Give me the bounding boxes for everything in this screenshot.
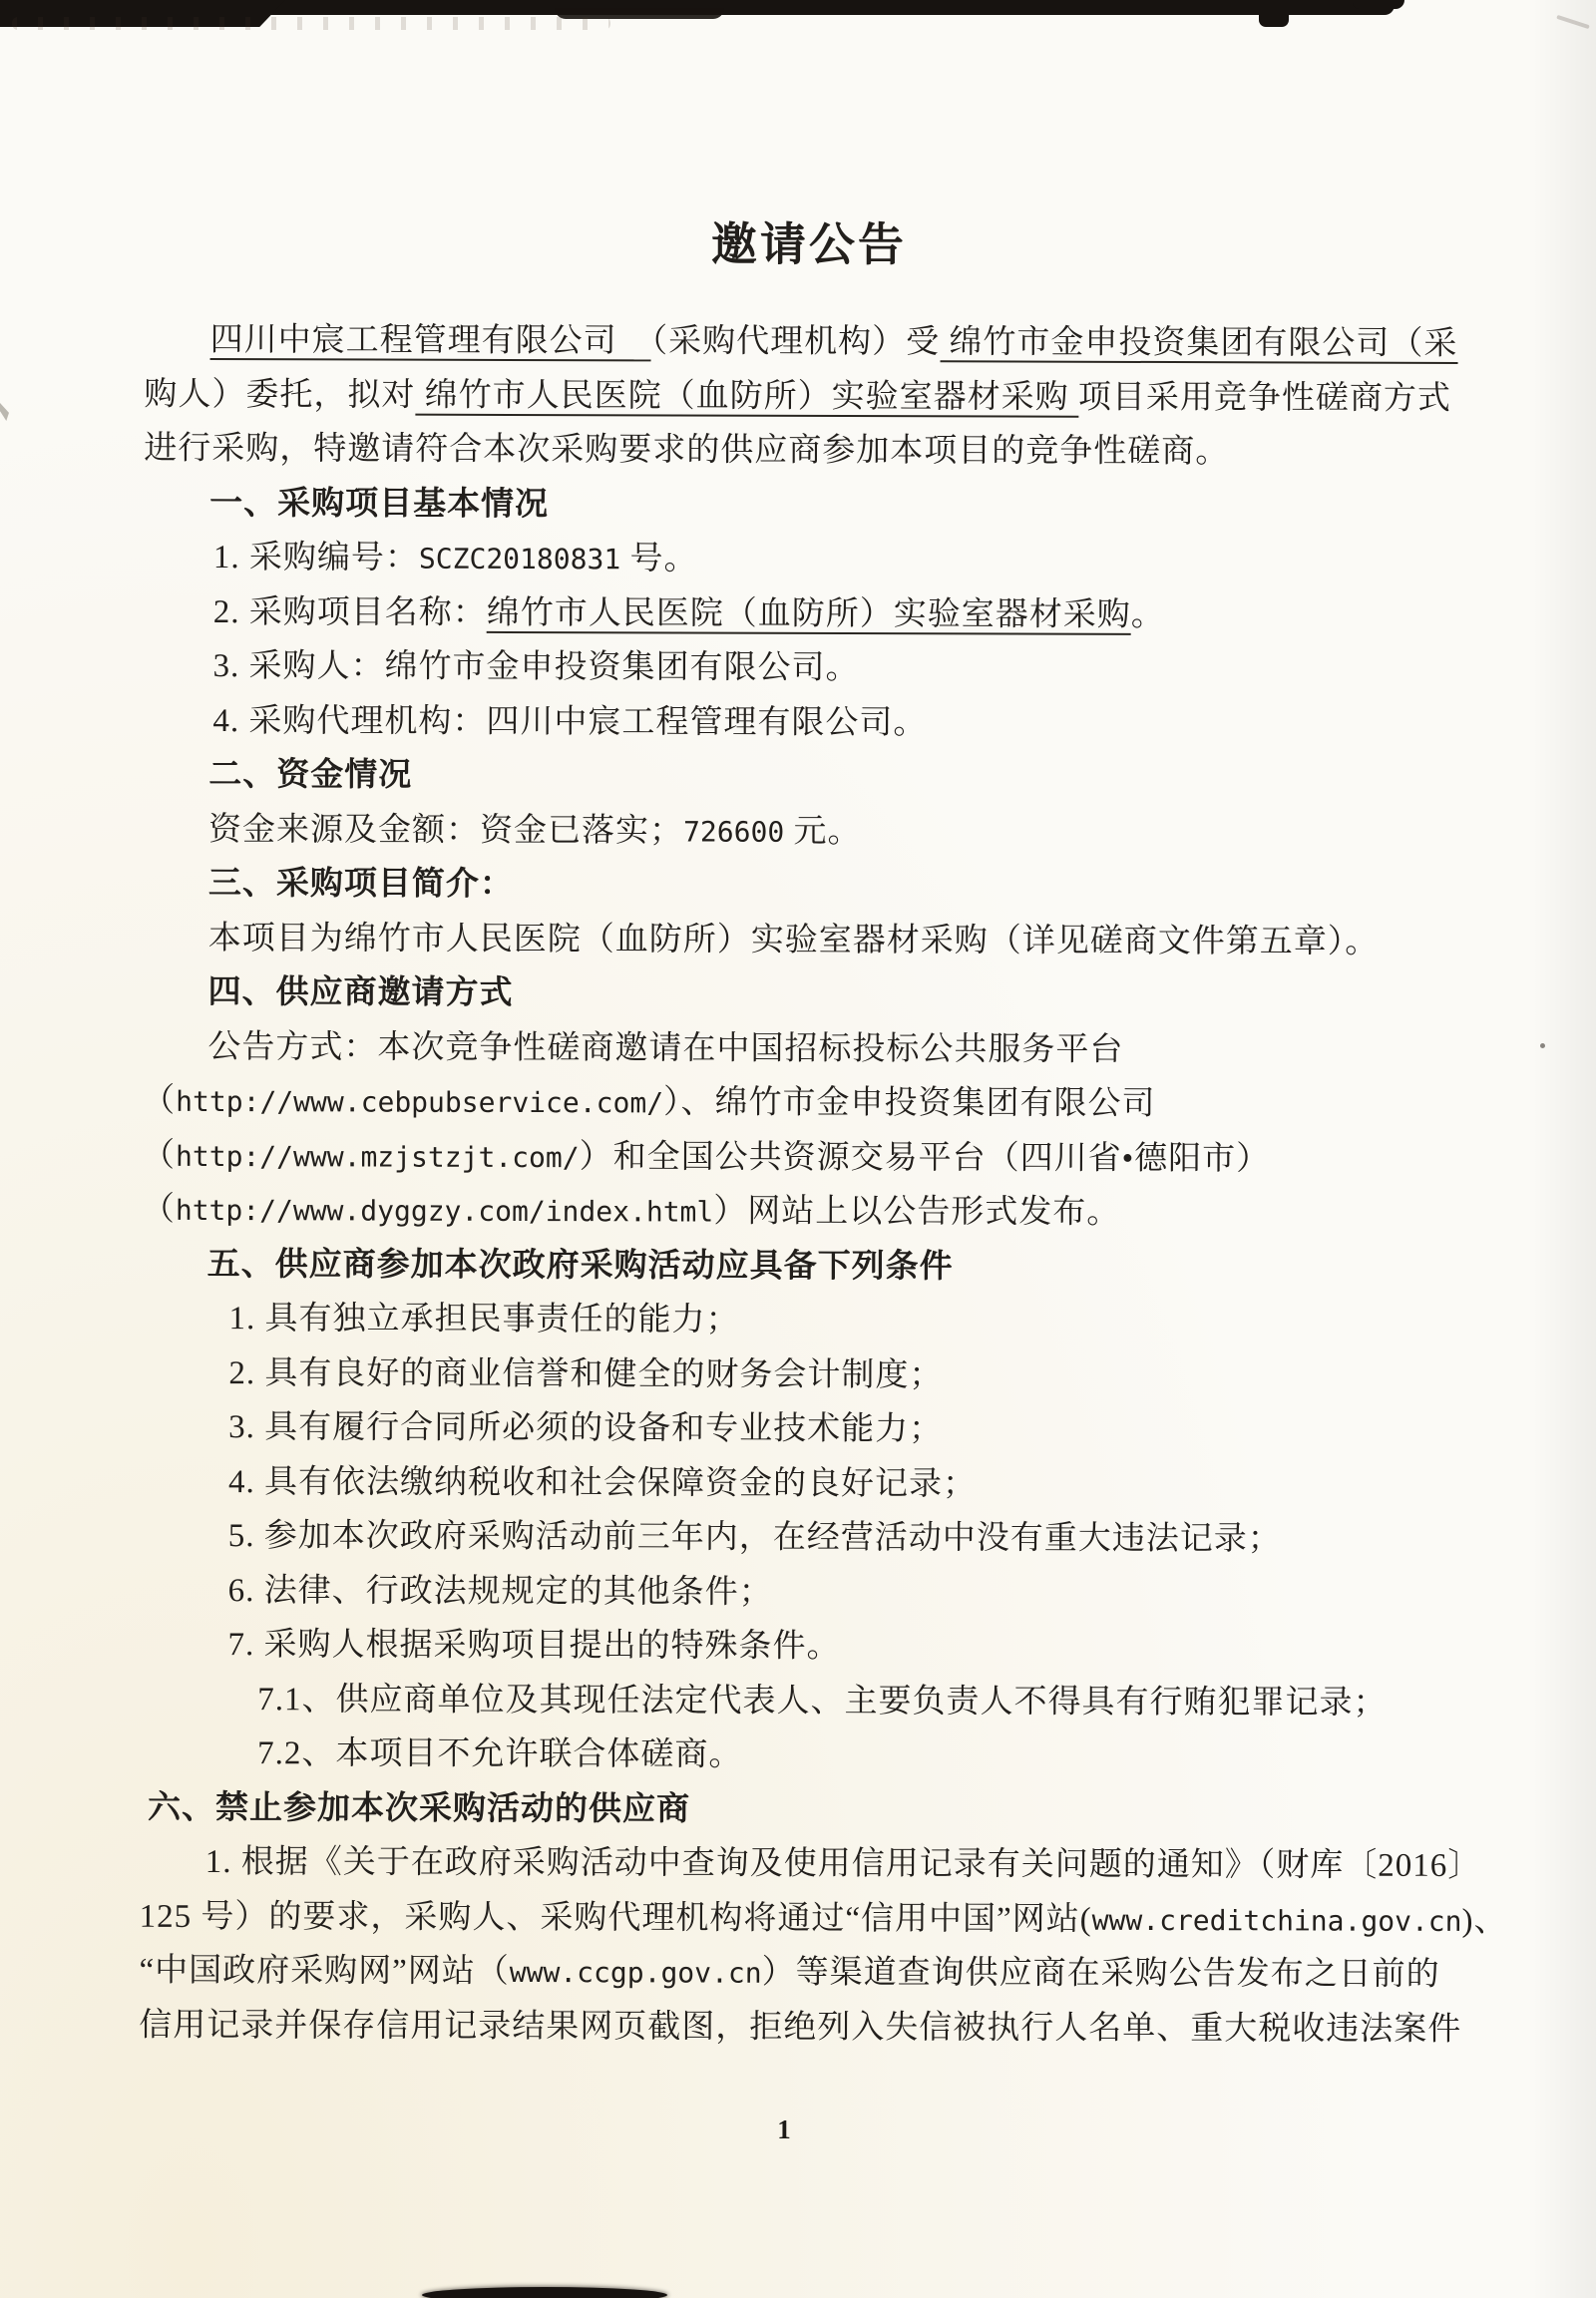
document-body: 邀请公告 四川中宸工程管理有限公司 （采购代理机构）受 绵竹市金申投资集团有限公… bbox=[139, 215, 1473, 2057]
text-segment: 3. 具有履行合同所必须的设备和专业技术能力； bbox=[228, 1409, 943, 1447]
text-segment: 号。 bbox=[620, 541, 697, 576]
text-segment: 六、禁止参加本次采购活动的供应商 bbox=[148, 1789, 690, 1827]
text-segment: 三、采购项目简介： bbox=[208, 866, 514, 903]
funding-line: 资金来源及金额：资金已落实；726600 元。 bbox=[143, 802, 1471, 861]
condition-7: 7. 采购人根据采购项目提出的特殊条件。 bbox=[140, 1618, 1468, 1677]
url-line-1: （http://www.cebpubservice.com/）、绵竹市金申投资集… bbox=[142, 1074, 1470, 1133]
text-segment: 信用记录并保存信用记录结果网页截图，拒绝列入失信被执行人名单、重大税收违法案件 bbox=[139, 2007, 1461, 2047]
text-segment: 元。 bbox=[784, 813, 861, 849]
section-5-heading: 五、供应商参加本次政府采购活动应具备下列条件 bbox=[142, 1237, 1470, 1296]
condition-1: 1. 具有独立承担民事责任的能力； bbox=[141, 1292, 1469, 1350]
item-project-name: 2. 采购项目名称：绵竹市人民医院（血防所）实验室器材采购。 bbox=[144, 584, 1472, 643]
text-segment: 4. 采购代理机构：四川中宸工程管理有限公司。 bbox=[212, 703, 927, 741]
section-2-heading: 二、资金情况 bbox=[143, 748, 1471, 807]
text-segment: 1. 采购编号： bbox=[213, 540, 419, 576]
latin-text: www.creditchina.gov.cn bbox=[1092, 1903, 1462, 1937]
text-segment: 2. 采购项目名称： bbox=[213, 594, 487, 631]
text-segment: ）网站上以公告形式发布。 bbox=[713, 1194, 1120, 1231]
item-purchaser: 3. 采购人：绵竹市金申投资集团有限公司。 bbox=[143, 639, 1471, 698]
underlined-text: 绵竹市人民医院（血防所）实验室器材采购 bbox=[487, 594, 1131, 634]
text-segment: 进行采购，特邀请符合本次采购要求的供应商参加本项目的竞争性磋商。 bbox=[144, 431, 1229, 470]
latin-text: http://www.dyggzy.com/index.html bbox=[176, 1194, 714, 1229]
credit-paragraph-line-3: “中国政府采购网”网站（www.ccgp.gov.cn）等渠道查询供应商在采购公… bbox=[139, 1944, 1467, 2003]
scan-artifact-corner-mark bbox=[1556, 15, 1590, 29]
text-segment: 五、供应商参加本次政府采购活动应具备下列条件 bbox=[207, 1247, 954, 1285]
item-procurement-number: 1. 采购编号：SCZC20180831 号。 bbox=[144, 531, 1472, 589]
text-segment: （ bbox=[142, 1083, 176, 1119]
latin-text: www.ccgp.gov.cn bbox=[510, 1956, 762, 1990]
credit-paragraph-line-4: 信用记录并保存信用记录结果网页截图，拒绝列入失信被执行人名单、重大税收违法案件 bbox=[139, 1998, 1467, 2057]
section-4-heading: 四、供应商邀请方式 bbox=[142, 965, 1470, 1024]
section-6-heading: 六、禁止参加本次采购活动的供应商 bbox=[140, 1780, 1468, 1839]
intro-line-3: 进行采购，特邀请符合本次采购要求的供应商参加本项目的竞争性磋商。 bbox=[144, 422, 1472, 481]
condition-4: 4. 具有依法缴纳税收和社会保障资金的良好记录； bbox=[141, 1454, 1469, 1513]
scan-artifact-dot bbox=[1540, 1043, 1545, 1048]
text-segment: 4. 具有依法缴纳税收和社会保障资金的良好记录； bbox=[228, 1464, 977, 1502]
text-segment: （ bbox=[142, 1137, 176, 1173]
section-3-heading: 三、采购项目简介： bbox=[143, 857, 1471, 916]
scan-artifact-top-bar-notch bbox=[1259, 0, 1289, 27]
condition-7-1: 7.1、供应商单位及其现任法定代表人、主要负责人不得具有行贿犯罪记录； bbox=[140, 1672, 1468, 1730]
condition-6: 6. 法律、行政法规规定的其他条件； bbox=[141, 1563, 1469, 1622]
text-segment: 购人）委托，拟对 bbox=[144, 376, 415, 413]
text-segment: 1. 根据《关于在政府采购活动中查询及使用信用记录有关问题的通知》（财库〔201… bbox=[205, 1844, 1482, 1884]
scan-artifact-bottom-smudge bbox=[422, 2287, 667, 2298]
url-line-2: （http://www.mzjstzjt.com/）和全国公共资源交易平台（四川… bbox=[142, 1128, 1470, 1187]
text-segment: 四、供应商邀请方式 bbox=[207, 974, 513, 1011]
intro-line-1: 四川中宸工程管理有限公司 （采购代理机构）受 绵竹市金申投资集团有限公司（采 bbox=[145, 313, 1473, 372]
underlined-text: 四川中宸工程管理有限公司 bbox=[210, 322, 651, 361]
intro-line-2: 购人）委托，拟对 绵竹市人民医院（血防所）实验室器材采购 项目采用竞争性磋商方式 bbox=[144, 367, 1472, 426]
announcement-method: 公告方式：本次竞争性磋商邀请在中国招标投标公共服务平台 bbox=[142, 1019, 1470, 1078]
text-segment: 项目采用竞争性磋商方式 bbox=[1078, 379, 1451, 416]
scan-artifact-speckles bbox=[12, 17, 610, 30]
latin-text: http://www.mzjstzjt.com/ bbox=[176, 1139, 580, 1173]
text-segment: 3. 采购人：绵竹市金申投资集团有限公司。 bbox=[213, 648, 860, 686]
text-segment: ）、绵竹市金申投资集团有限公司 bbox=[663, 1084, 1156, 1122]
text-segment: （ bbox=[142, 1192, 176, 1228]
text-segment: 一、采购项目基本情况 bbox=[209, 486, 549, 523]
scan-artifact-top-bar-taper bbox=[1353, 0, 1404, 9]
document-title: 邀请公告 bbox=[145, 215, 1473, 275]
text-segment: 1. 具有独立承担民事责任的能力； bbox=[228, 1301, 739, 1339]
latin-text: 726600 bbox=[683, 815, 784, 848]
text-segment: 5. 参加本次政府采购活动前三年内，在经营活动中没有重大违法记录； bbox=[228, 1518, 1282, 1557]
text-segment: 二、资金情况 bbox=[208, 757, 412, 794]
url-line-3: （http://www.dyggzy.com/index.html）网站上以公告… bbox=[142, 1183, 1470, 1242]
condition-7-2: 7.2、本项目不允许联合体磋商。 bbox=[140, 1726, 1468, 1785]
text-segment: 本项目为绵竹市人民医院（血防所）实验室器材采购（详见磋商文件第五章）。 bbox=[208, 921, 1380, 960]
text-segment: ）和全国公共资源交易平台（四川省•德阳市） bbox=[580, 1139, 1271, 1177]
condition-5: 5. 参加本次政府采购活动前三年内，在经营活动中没有重大违法记录； bbox=[141, 1509, 1469, 1568]
text-segment: 2. 具有良好的商业信誉和健全的财务会计制度； bbox=[228, 1355, 943, 1393]
text-segment: 6. 法律、行政法规规定的其他条件； bbox=[228, 1573, 773, 1611]
text-segment: （采购代理机构）受 bbox=[651, 323, 941, 360]
section-1-heading: 一、采购项目基本情况 bbox=[144, 476, 1472, 535]
text-segment: “中国政府采购网”网站（ bbox=[139, 1953, 509, 1990]
text-segment: 7.1、供应商单位及其现任法定代表人、主要负责人不得具有行贿犯罪记录； bbox=[257, 1682, 1387, 1722]
condition-3: 3. 具有履行合同所必须的设备和专业技术能力； bbox=[141, 1400, 1469, 1459]
project-summary: 本项目为绵竹市人民医院（血防所）实验室器材采购（详见磋商文件第五章）。 bbox=[143, 911, 1471, 969]
text-segment: 7. 采购人根据采购项目提出的特殊条件。 bbox=[227, 1627, 840, 1665]
latin-text: http://www.cebpubservice.com/ bbox=[176, 1085, 663, 1120]
text-lines: 四川中宸工程管理有限公司 （采购代理机构）受 绵竹市金申投资集团有限公司（采购人… bbox=[139, 313, 1472, 2057]
page-number: 1 bbox=[734, 2114, 834, 2145]
underlined-text: 绵竹市人民医院（血防所）实验室器材采购 bbox=[415, 377, 1078, 417]
credit-paragraph-line-2: 125 号）的要求，采购人、采购代理机构将通过“信用中国”网站(www.cred… bbox=[140, 1889, 1468, 1948]
text-segment: )、 bbox=[1462, 1902, 1508, 1938]
text-segment: 。 bbox=[1131, 596, 1165, 632]
text-segment: 7.2、本项目不允许联合体磋商。 bbox=[257, 1735, 742, 1773]
text-segment: ）等渠道查询供应商在采购公告发布之日前的 bbox=[762, 1955, 1440, 1993]
text-segment: 资金来源及金额：资金已落实； bbox=[208, 812, 683, 849]
underlined-text: 绵竹市金申投资集团有限公司（采 bbox=[940, 324, 1457, 364]
latin-text: SCZC20180831 bbox=[419, 543, 620, 576]
scan-artifact-left-tick bbox=[0, 403, 9, 421]
condition-2: 2. 具有良好的商业信誉和健全的财务会计制度； bbox=[141, 1345, 1469, 1404]
credit-paragraph-line-1: 1. 根据《关于在政府采购活动中查询及使用信用记录有关问题的通知》（财库〔201… bbox=[140, 1835, 1468, 1894]
text-segment: 公告方式：本次竞争性磋商邀请在中国招标投标公共服务平台 bbox=[207, 1029, 1123, 1068]
text-segment: 125 号）的要求，采购人、采购代理机构将通过“信用中国”网站( bbox=[140, 1898, 1092, 1937]
item-agency: 4. 采购代理机构：四川中宸工程管理有限公司。 bbox=[143, 693, 1471, 752]
scanned-document-page: 邀请公告 四川中宸工程管理有限公司 （采购代理机构）受 绵竹市金申投资集团有限公… bbox=[0, 0, 1596, 2298]
